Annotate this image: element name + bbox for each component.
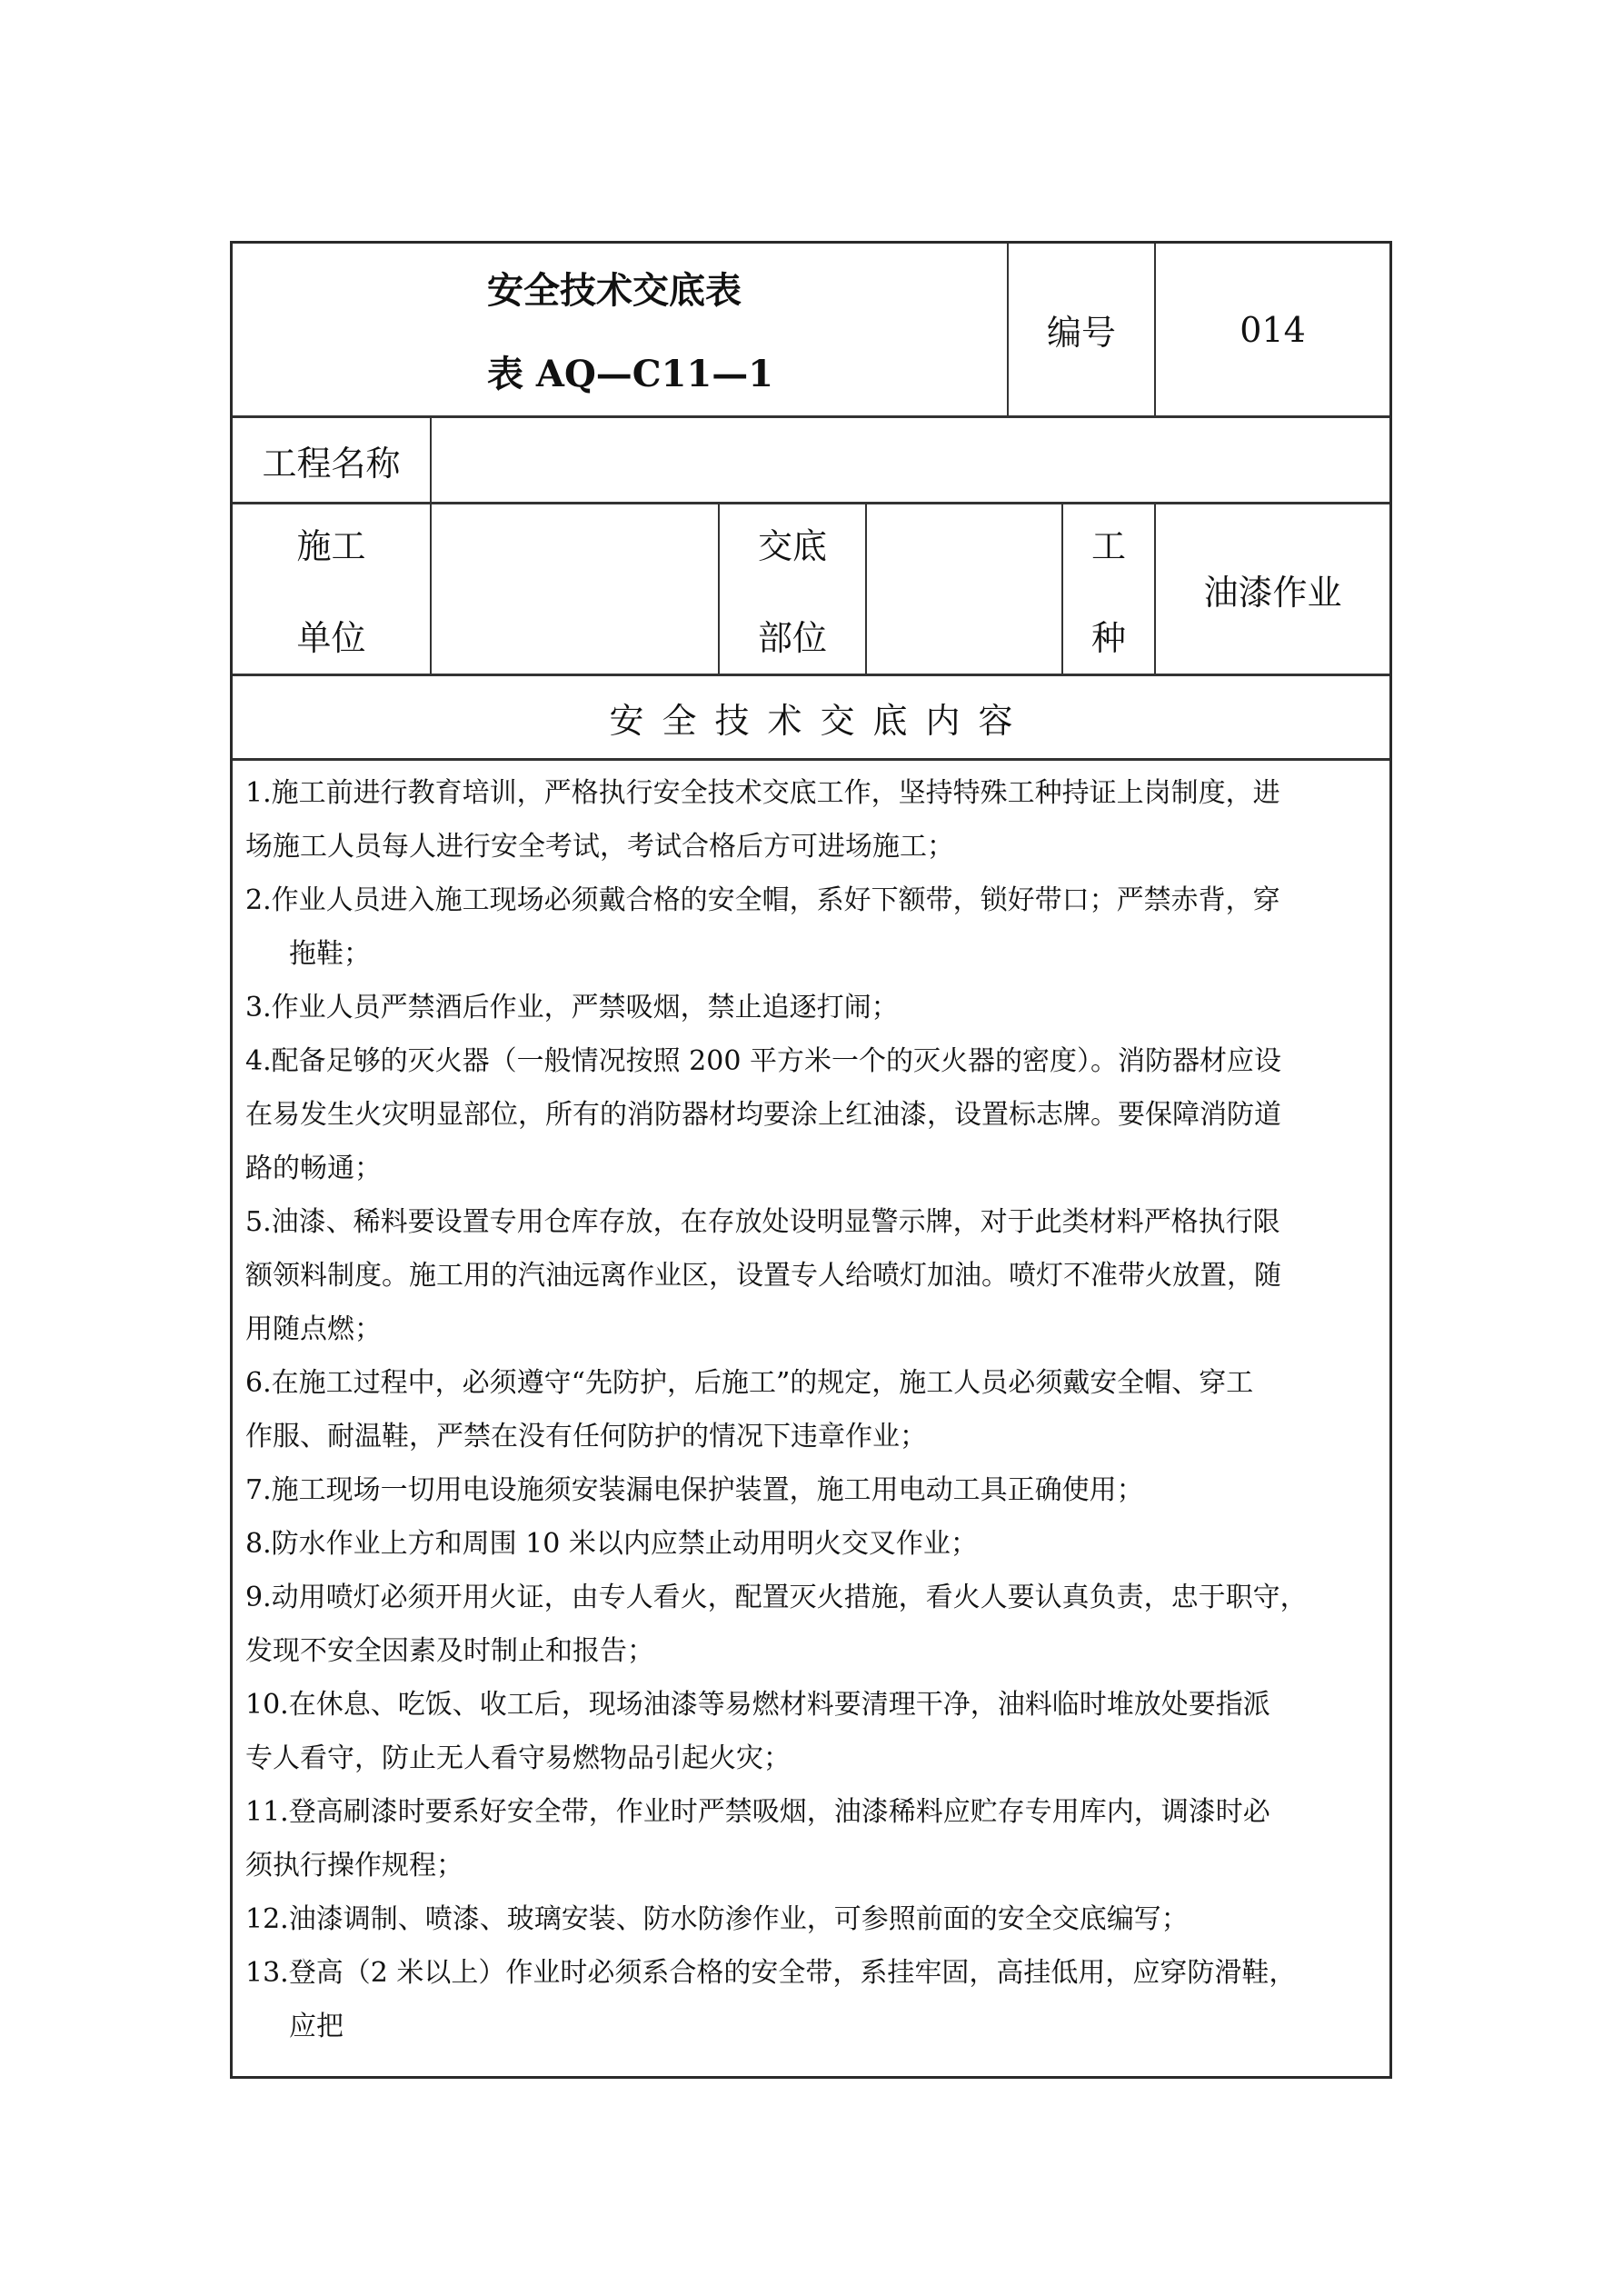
briefing-content: 1.施工前进行教育培训，严格执行安全技术交底工作，坚持特殊工种持证上岗制度，进 … — [245, 766, 1377, 2053]
form-title: 安全技术交底表 — [487, 262, 742, 314]
content-line: 10.在休息、吃饭、收工后，现场油漆等易燃材料要清理干净，油料临时堆放处要指派 — [245, 1678, 1377, 1732]
briefing-part-label-2: 部位 — [758, 610, 827, 660]
form-code: 表 AQ—C11—1 — [487, 345, 773, 397]
content-line: 13.登高（2 米以上）作业时必须系合格的安全带，系挂牢固，高挂低用，应穿防滑鞋… — [245, 1946, 1377, 2000]
content-line: 3.作业人员严禁酒后作业，严禁吸烟，禁止追逐打闹； — [245, 981, 1377, 1034]
trade-label-1: 工 — [1091, 518, 1126, 568]
briefing-part-label-1: 交底 — [758, 518, 827, 568]
briefing-part-label-cell: 交底 部位 — [720, 504, 865, 674]
content-line: 8.防水作业上方和周围 10 米以内应禁止动用明火交叉作业； — [245, 1517, 1377, 1571]
content-line: 须执行操作规程； — [245, 1839, 1377, 1892]
safety-briefing-form-table: 安全技术交底表 表 AQ—C11—1 编号 014 工程名称 施工 单位 — [230, 241, 1392, 2079]
trade-value: 油漆作业 — [1203, 564, 1341, 614]
construction-unit-label-cell: 施工 单位 — [233, 504, 430, 674]
number-label: 编号 — [1047, 304, 1116, 354]
trade-field[interactable]: 油漆作业 — [1156, 504, 1389, 674]
content-line: 发现不安全因素及时制止和报告； — [245, 1624, 1377, 1678]
content-line: 额领料制度。施工用的汽油远离作业区，设置专人给喷灯加油。喷灯不准带火放置，随 — [245, 1249, 1377, 1303]
section-heading-cell: 安全技术交底内容 — [233, 676, 1389, 758]
project-name-label: 工程名称 — [262, 435, 400, 485]
content-line: 9.动用喷灯必须开用火证，由专人看火，配置灭火措施，看火人要认真负责，忠于职守， — [245, 1571, 1377, 1624]
content-line: 场施工人员每人进行安全考试，考试合格后方可进场施工； — [245, 820, 1377, 873]
content-line: 7.施工现场一切用电设施须安装漏电保护装置，施工用电动工具正确使用； — [245, 1463, 1377, 1517]
content-line: 5.油漆、稀料要设置专用仓库存放，在存放处设明显警示牌，对于此类材料严格执行限 — [245, 1195, 1377, 1249]
project-name-field[interactable] — [432, 418, 1389, 502]
number-value-cell[interactable]: 014 — [1156, 244, 1389, 415]
trade-label-2: 种 — [1091, 610, 1126, 660]
document-page: 安全技术交底表 表 AQ—C11—1 编号 014 工程名称 施工 单位 — [0, 0, 1623, 2296]
number-label-cell: 编号 — [1009, 244, 1154, 415]
briefing-part-field[interactable] — [867, 504, 1061, 674]
content-line: 拖鞋； — [245, 927, 1377, 981]
content-line: 专人看守，防止无人看守易燃物品引起火灾； — [245, 1732, 1377, 1785]
construction-unit-label-1: 施工 — [296, 518, 365, 568]
content-line: 11.登高刷漆时要系好安全带，作业时严禁吸烟，油漆稀料应贮存专用库内，调漆时必 — [245, 1785, 1377, 1839]
content-line: 在易发生火灾明显部位，所有的消防器材均要涂上红油漆，设置标志牌。要保障消防道 — [245, 1088, 1377, 1142]
content-line: 路的畅通； — [245, 1142, 1377, 1195]
construction-unit-label-2: 单位 — [296, 610, 365, 660]
divider — [233, 758, 1389, 761]
content-line: 12.油漆调制、喷漆、玻璃安装、防水防渗作业，可参照前面的安全交底编写； — [245, 1892, 1377, 1946]
construction-unit-field[interactable] — [432, 504, 718, 674]
content-line: 应把 — [245, 2000, 1377, 2053]
content-line: 1.施工前进行教育培训，严格执行安全技术交底工作，坚持特殊工种持证上岗制度，进 — [245, 766, 1377, 820]
project-name-label-cell: 工程名称 — [233, 418, 430, 502]
number-value: 014 — [1240, 310, 1306, 350]
content-line: 2.作业人员进入施工现场必须戴合格的安全帽，系好下额带，锁好带口；严禁赤背，穿 — [245, 873, 1377, 927]
content-line: 用随点燃； — [245, 1303, 1377, 1356]
section-heading: 安全技术交底内容 — [591, 693, 1031, 743]
content-line: 4.配备足够的灭火器（一般情况按照 200 平方米一个的灭火器的密度）。消防器材… — [245, 1034, 1377, 1088]
content-line: 作服、耐温鞋，严禁在没有任何防护的情况下违章作业； — [245, 1410, 1377, 1463]
content-line: 6.在施工过程中，必须遵守“先防护，后施工”的规定，施工人员必须戴安全帽、穿工 — [245, 1356, 1377, 1410]
trade-label-cell: 工 种 — [1063, 504, 1154, 674]
